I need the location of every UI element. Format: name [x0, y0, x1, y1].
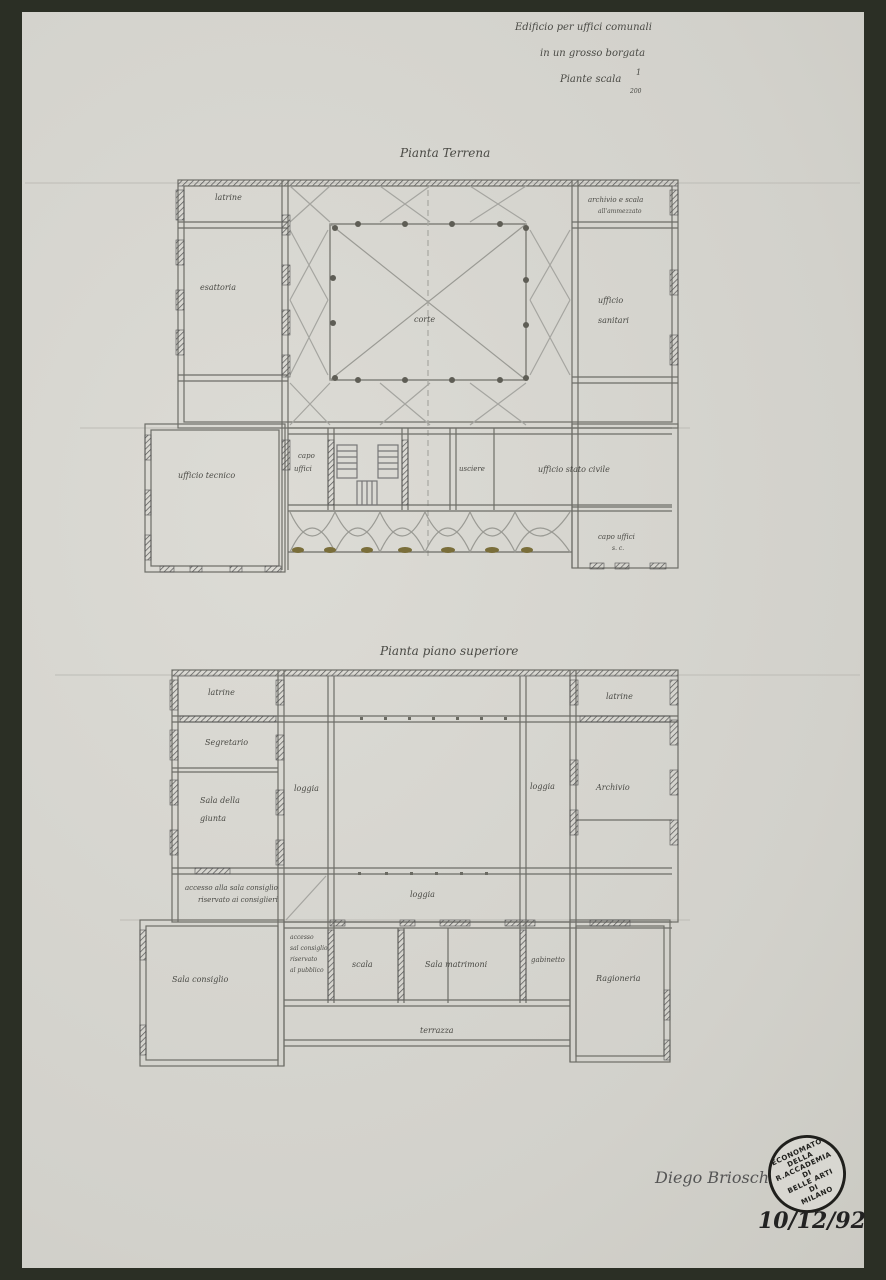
room-segretario: Segretario	[205, 738, 248, 747]
room-loggia-right: loggia	[530, 782, 555, 791]
room-sala-consiglio: Sala consiglio	[172, 975, 228, 984]
room-capo-uffici-sc-2: s. c.	[612, 545, 624, 552]
room-gabinetto: gabinetto	[531, 956, 565, 964]
room-accesso-pubblico-2: sal consiglio	[290, 945, 328, 952]
room-esattoria: esattoria	[200, 283, 236, 292]
room-capo-uffici-sc-1: capo uffici	[598, 533, 635, 541]
room-ragioneria: Ragioneria	[596, 974, 641, 983]
room-latrine-ground: latrine	[215, 193, 242, 202]
upper-floor-plan	[140, 670, 678, 1066]
room-usciere: usciere	[459, 465, 485, 473]
room-accesso-pubblico-3: riservato	[290, 956, 317, 963]
room-scala: scala	[352, 960, 373, 969]
room-corte: corte	[414, 315, 435, 324]
room-accesso-pubblico-1: accesso	[290, 934, 314, 941]
scale-numerator: 1	[636, 68, 641, 77]
room-uffici-sanitari-1: ufficio	[598, 296, 623, 305]
room-accesso-sala-2: riservato ai consiglieri	[198, 896, 278, 904]
header-note-line3: Piante scala	[560, 74, 621, 85]
room-archivio-scala: archivio e scala	[588, 196, 643, 204]
date-inscription: 10/12/92	[758, 1208, 866, 1234]
room-sala-giunta-2: giunta	[200, 814, 226, 823]
room-accesso-pubblico-4: al pubblico	[290, 967, 324, 974]
room-latrine-upper-left: latrine	[208, 688, 235, 697]
upper-floor-title: Pianta piano superiore	[380, 644, 518, 658]
room-capo-uffici-1: capo	[298, 452, 315, 460]
room-sala-matrimoni: Sala matrimoni	[425, 960, 487, 969]
room-latrine-upper-right: latrine	[606, 692, 633, 701]
room-capo-uffici-2: uffici	[294, 465, 312, 473]
room-ufficio-tecnico: ufficio tecnico	[178, 471, 235, 480]
header-note-line1: Edificio per uffici comunali	[515, 22, 652, 33]
header-note-line2: in un grosso borgata	[540, 48, 645, 59]
room-loggia-left: loggia	[294, 784, 319, 793]
scale-denominator: 200	[630, 88, 641, 95]
signature: Diego Brioschi	[655, 1168, 774, 1187]
room-uffici-sanitari-2: sanitari	[598, 316, 629, 325]
room-accesso-sala-1: accesso alla sala consiglio	[185, 884, 278, 892]
room-archivio-scala-2: all'ammezzato	[598, 208, 642, 215]
floor-plans-drawing	[0, 0, 886, 1280]
room-loggia-center: loggia	[410, 890, 435, 899]
room-archivio: Archivio	[596, 783, 630, 792]
ground-floor-plan	[145, 180, 678, 572]
room-terrazza: terrazza	[420, 1026, 454, 1035]
room-ufficio-stato-civile: ufficio stato civile	[538, 465, 610, 474]
ground-floor-title: Pianta Terrena	[400, 146, 490, 160]
room-sala-giunta-1: Sala della	[200, 796, 240, 805]
